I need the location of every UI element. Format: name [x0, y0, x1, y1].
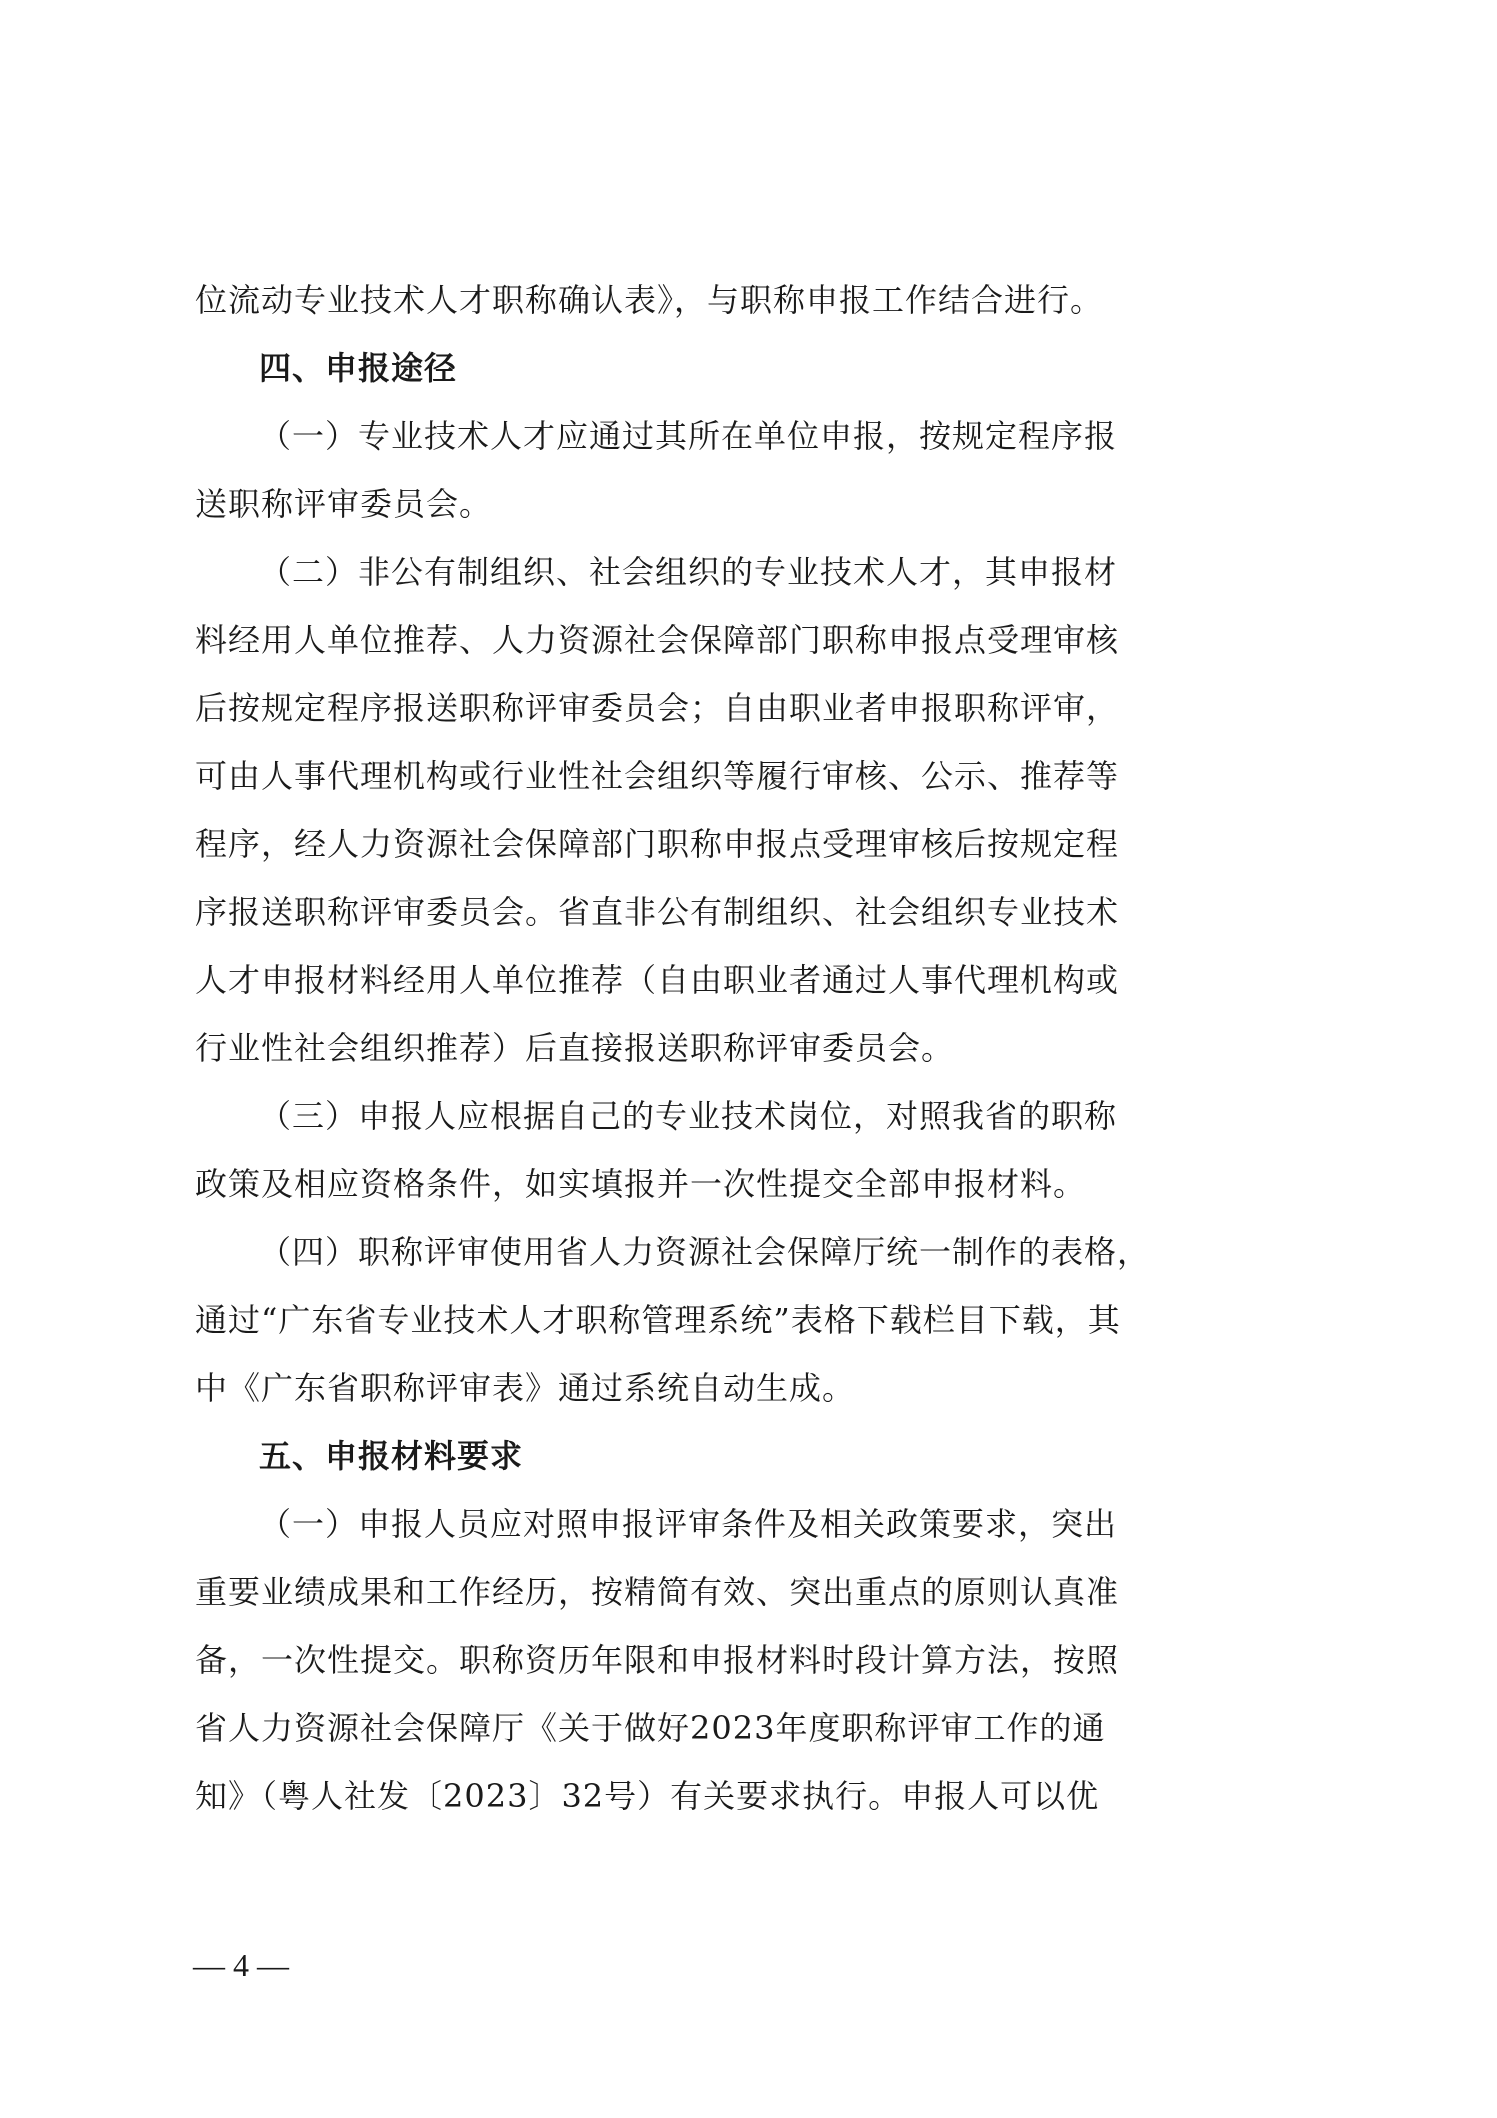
paragraph-line: （二）非公有制组织、社会组织的专业技术人才，其申报材 — [195, 542, 1117, 602]
paragraph-line: （四）职称评审使用省人力资源社会保障厅统一制作的表格， — [195, 1222, 1150, 1282]
paragraph-line: 政策及相应资格条件，如实填报并一次性提交全部申报材料。 — [195, 1154, 1086, 1214]
paragraph-line: 中《广东省职称评审表》通过系统自动生成。 — [195, 1358, 855, 1418]
paragraph-line: （一）申报人员应对照申报评审条件及相关政策要求，突出 — [195, 1494, 1117, 1554]
paragraph-line: 省人力资源社会保障厅《关于做好2023年度职称评审工作的通 — [195, 1698, 1105, 1758]
paragraph-line: 通过“广东省专业技术人才职称管理系统”表格下载栏目下载，其 — [195, 1290, 1121, 1350]
paragraph-line: 料经用人单位推荐、人力资源社会保障部门职称申报点受理审核 — [195, 610, 1119, 670]
paragraph-line: 序报送职称评审委员会。省直非公有制组织、社会组织专业技术 — [195, 882, 1119, 942]
paragraph-line: （三）申报人应根据自己的专业技术岗位，对照我省的职称 — [195, 1086, 1117, 1146]
paragraph-line: 可由人事代理机构或行业性社会组织等履行审核、公示、推荐等 — [195, 746, 1119, 806]
paragraph-line: 后按规定程序报送职称评审委员会；自由职业者申报职称评审， — [195, 678, 1119, 738]
body-line: 位流动专业技术人才职称确认表》，与职称申报工作结合进行。 — [195, 270, 1103, 330]
paragraph-line: 行业性社会组织推荐）后直接报送职称评审委员会。 — [195, 1018, 954, 1078]
section-heading-5: 五、申报材料要求 — [195, 1426, 523, 1486]
paragraph-line: 送职称评审委员会。 — [195, 474, 492, 534]
paragraph-line: 程序，经人力资源社会保障部门职称申报点受理审核后按规定程 — [195, 814, 1119, 874]
page-number: — 4 — — [193, 1945, 289, 1985]
section-heading-4: 四、申报途径 — [195, 338, 457, 398]
paragraph-line: （一）专业技术人才应通过其所在单位申报，按规定程序报 — [195, 406, 1117, 466]
paragraph-line: 人才申报材料经用人单位推荐（自由职业者通过人事代理机构或 — [195, 950, 1119, 1010]
paragraph-line: 备，一次性提交。职称资历年限和申报材料时段计算方法，按照 — [195, 1630, 1119, 1690]
paragraph-line: 重要业绩成果和工作经历，按精简有效、突出重点的原则认真准 — [195, 1562, 1119, 1622]
paragraph-line: 知》（粤人社发〔2023〕32号）有关要求执行。申报人可以优 — [195, 1766, 1099, 1826]
